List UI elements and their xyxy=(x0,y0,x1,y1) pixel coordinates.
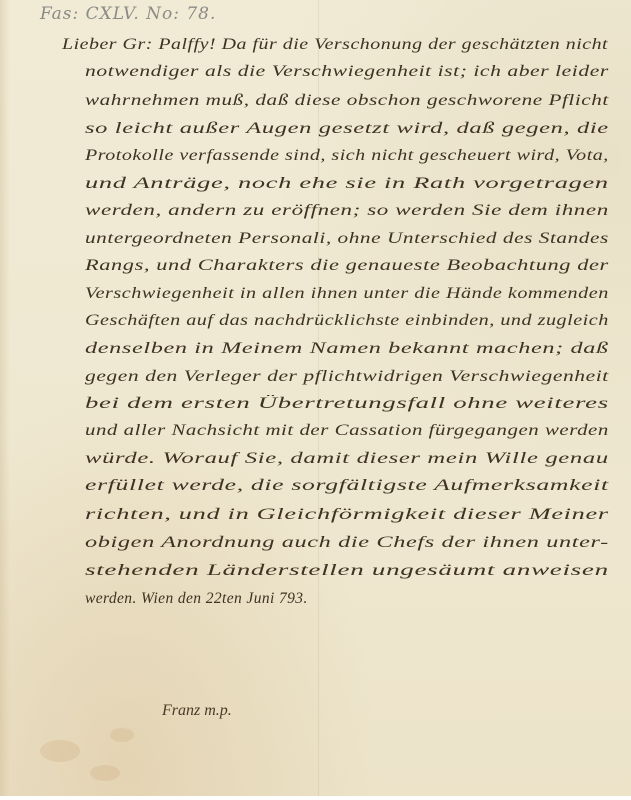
handwritten-line: Geschäften auf das nachdrücklichste einb… xyxy=(85,312,609,330)
handwritten-line: und Anträge, noch ehe sie in Rath vorget… xyxy=(85,175,609,193)
handwritten-line: denselben in Meinem Namen bekannt machen… xyxy=(85,340,609,358)
handwritten-line: wahrnehmen muß, daß diese obschon geschw… xyxy=(85,92,609,110)
handwritten-line: Verschwiegenheit in allen ihnen unter di… xyxy=(85,285,609,303)
handwritten-line: obigen Anordnung auch die Chefs der ihne… xyxy=(85,534,609,552)
handwritten-line: so leicht außer Augen gesetzt wird, daß … xyxy=(85,120,609,138)
paper-edge-shadow xyxy=(0,0,10,800)
signature: Franz m.p. xyxy=(162,702,232,720)
handwritten-line: notwendiger als die Verschwiegenheit ist… xyxy=(85,63,609,81)
handwritten-line: erfüllet werde, die sorgfältigste Aufmer… xyxy=(85,477,609,495)
paper-stain xyxy=(90,765,120,781)
handwritten-line: Protokolle verfassende sind, sich nicht … xyxy=(85,147,609,165)
handwritten-line: gegen den Verleger der pflichtwidrigen V… xyxy=(85,368,609,386)
handwritten-line: Lieber Gr: Palffy! Da für die Verschonun… xyxy=(62,36,608,54)
handwritten-line: und aller Nachsicht mit der Cassation fü… xyxy=(85,422,609,440)
handwritten-line: würde. Worauf Sie, damit dieser mein Wil… xyxy=(85,450,609,468)
document-page: Fas: CXLV. No: 78. Lieber Gr: Palffy! Da… xyxy=(0,0,631,800)
handwritten-line: werden. Wien den 22ten Juni 793. xyxy=(85,590,308,608)
archive-reference: Fas: CXLV. No: 78. xyxy=(40,4,216,24)
handwritten-line: stehenden Länderstellen ungesäumt anweis… xyxy=(85,562,609,580)
handwritten-line: richten, und in Gleichförmigkeit dieser … xyxy=(85,506,609,524)
paper-stain xyxy=(40,740,80,762)
handwritten-line: untergeordneten Personali, ohne Untersch… xyxy=(85,230,609,248)
paper-stain xyxy=(110,728,134,742)
handwritten-line: werden, andern zu eröffnen; so werden Si… xyxy=(85,202,609,220)
handwritten-line: Rangs, und Charakters die genaueste Beob… xyxy=(85,257,609,275)
handwritten-line: bei dem ersten Übertretungsfall ohne wei… xyxy=(85,395,609,413)
scan-border xyxy=(0,796,631,800)
